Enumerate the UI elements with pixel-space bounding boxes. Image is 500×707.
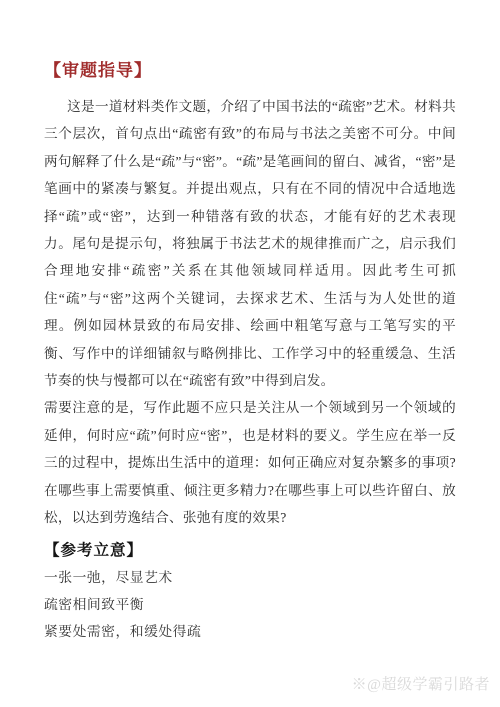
section-heading-analysis: 【审题指导】 — [44, 56, 456, 81]
idea-line-2: 疏密相间致平衡 — [44, 591, 456, 618]
analysis-paragraph-2: 需要注意的是，写作此题不应只是关注从一个领域到另一个领域的延伸，何时应“疏”何时… — [44, 394, 456, 531]
document-body: 【审题指导】 这是一道材料类作文题，介绍了中国书法的“疏密”艺术。材料共三个层次… — [0, 0, 500, 646]
watermark: ※@超级学霸引路者 — [352, 673, 490, 694]
document-page: 【审题指导】 这是一道材料类作文题，介绍了中国书法的“疏密”艺术。材料共三个层次… — [0, 0, 500, 707]
idea-line-1: 一张一弛，尽显艺术 — [44, 564, 456, 591]
analysis-paragraph-1: 这是一道材料类作文题，介绍了中国书法的“疏密”艺术。材料共三个层次，首句点出“疏… — [44, 93, 456, 394]
idea-line-3: 紧要处需密，和缓处得疏 — [44, 618, 456, 645]
section-heading-ideas: 【参考立意】 — [44, 538, 456, 560]
